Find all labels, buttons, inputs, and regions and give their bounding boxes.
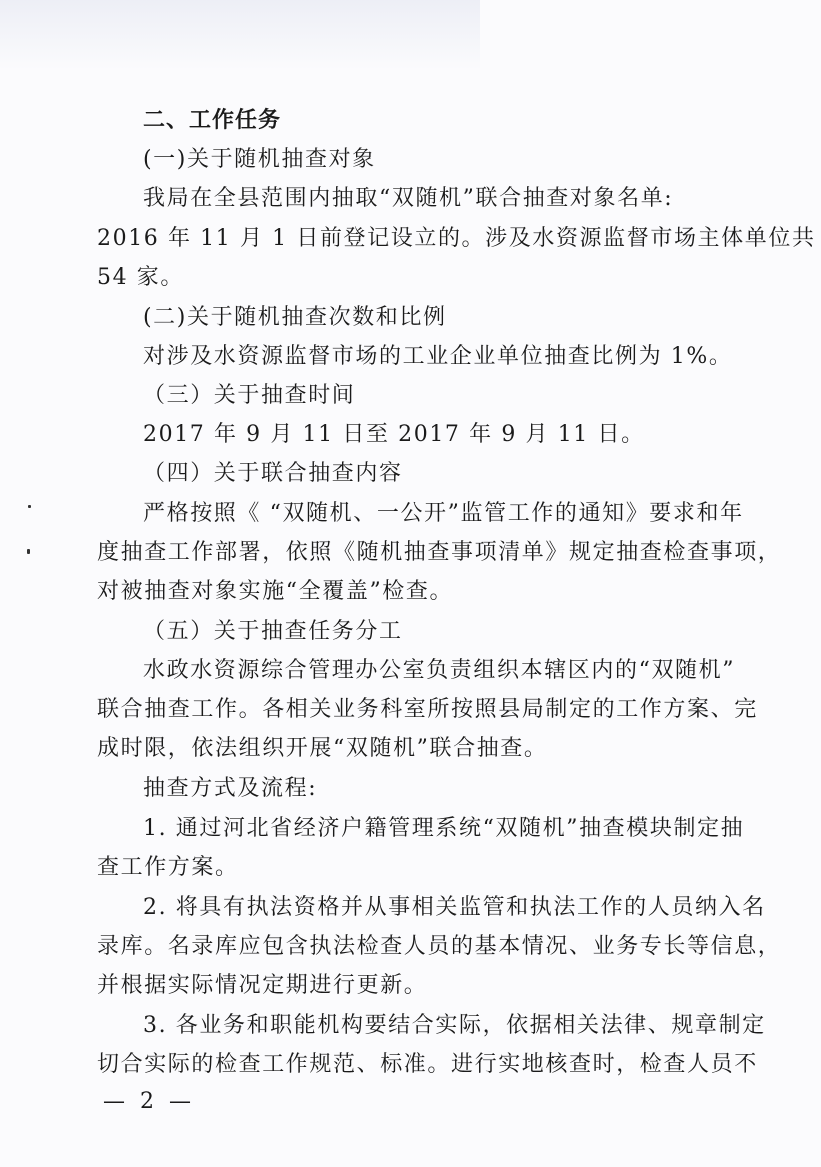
paragraph-line: 对被抽查对象实施“全覆盖”检查。 xyxy=(97,577,453,607)
section-heading: 二、工作任务 xyxy=(143,106,281,136)
paragraph-line: 2017 年 9 月 11 日至 2017 年 9 月 11 日。 xyxy=(143,420,645,450)
page-number: — 2 — xyxy=(103,1089,195,1114)
scan-tint xyxy=(0,0,480,70)
paragraph-line: 录库。名录库应包含执法检查人员的基本情况、业务专长等信息， xyxy=(97,932,721,962)
paragraph-line: 成时限，依法组织开展“双随机”联合抽查。 xyxy=(97,734,548,764)
subsection-title-3: （三）关于抽查时间 xyxy=(143,381,355,411)
scan-speck xyxy=(27,549,30,554)
paragraph-line: 我局在全县范围内抽取“双随机”联合抽查对象名单: xyxy=(143,184,673,214)
subsection-title-5: （五）关于抽查任务分工 xyxy=(143,617,403,647)
paragraph-line: 2016 年 11 月 1 日前登记设立的。涉及水资源监督市场主体单位共 xyxy=(97,224,721,254)
paragraph-line: 度抽查工作部署，依照《随机抽查事项清单》规定抽查检查事项， xyxy=(97,538,721,568)
subsection-title-2: (二)关于随机抽查次数和比例 xyxy=(143,303,447,333)
list-item-2: 2. 将具有执法资格并从事相关监管和执法工作的人员纳入名 xyxy=(143,893,721,923)
paragraph-line: 水政水资源综合管理办公室负责组织本辖区内的“双随机” xyxy=(143,656,721,686)
process-heading: 抽查方式及流程: xyxy=(143,774,317,804)
subsection-title-4: （四）关于联合抽查内容 xyxy=(143,459,403,489)
paragraph-line: 对涉及水资源监督市场的工业企业单位抽查比例为 1%。 xyxy=(143,342,733,372)
scan-speck xyxy=(28,505,31,508)
paragraph-line: 联合抽查工作。各相关业务科室所按照县局制定的工作方案、完 xyxy=(97,695,721,725)
list-item-3: 3. 各业务和职能机构要结合实际，依据相关法律、规章制定 xyxy=(143,1011,721,1041)
subsection-title-1: (一)关于随机抽查对象 xyxy=(143,145,376,175)
paragraph-line: 严格按照《 “双随机、一公开”监管工作的通知》要求和年 xyxy=(143,499,721,529)
paragraph-line: 切合实际的检查工作规范、标准。进行实地核查时，检查人员不 xyxy=(97,1050,721,1080)
paragraph-line: 54 家。 xyxy=(97,263,184,293)
paragraph-line: 查工作方案。 xyxy=(97,853,239,883)
list-item-1: 1. 通过河北省经济户籍管理系统“双随机”抽查模块制定抽 xyxy=(143,814,721,844)
paragraph-line: 并根据实际情况定期进行更新。 xyxy=(97,971,427,1001)
